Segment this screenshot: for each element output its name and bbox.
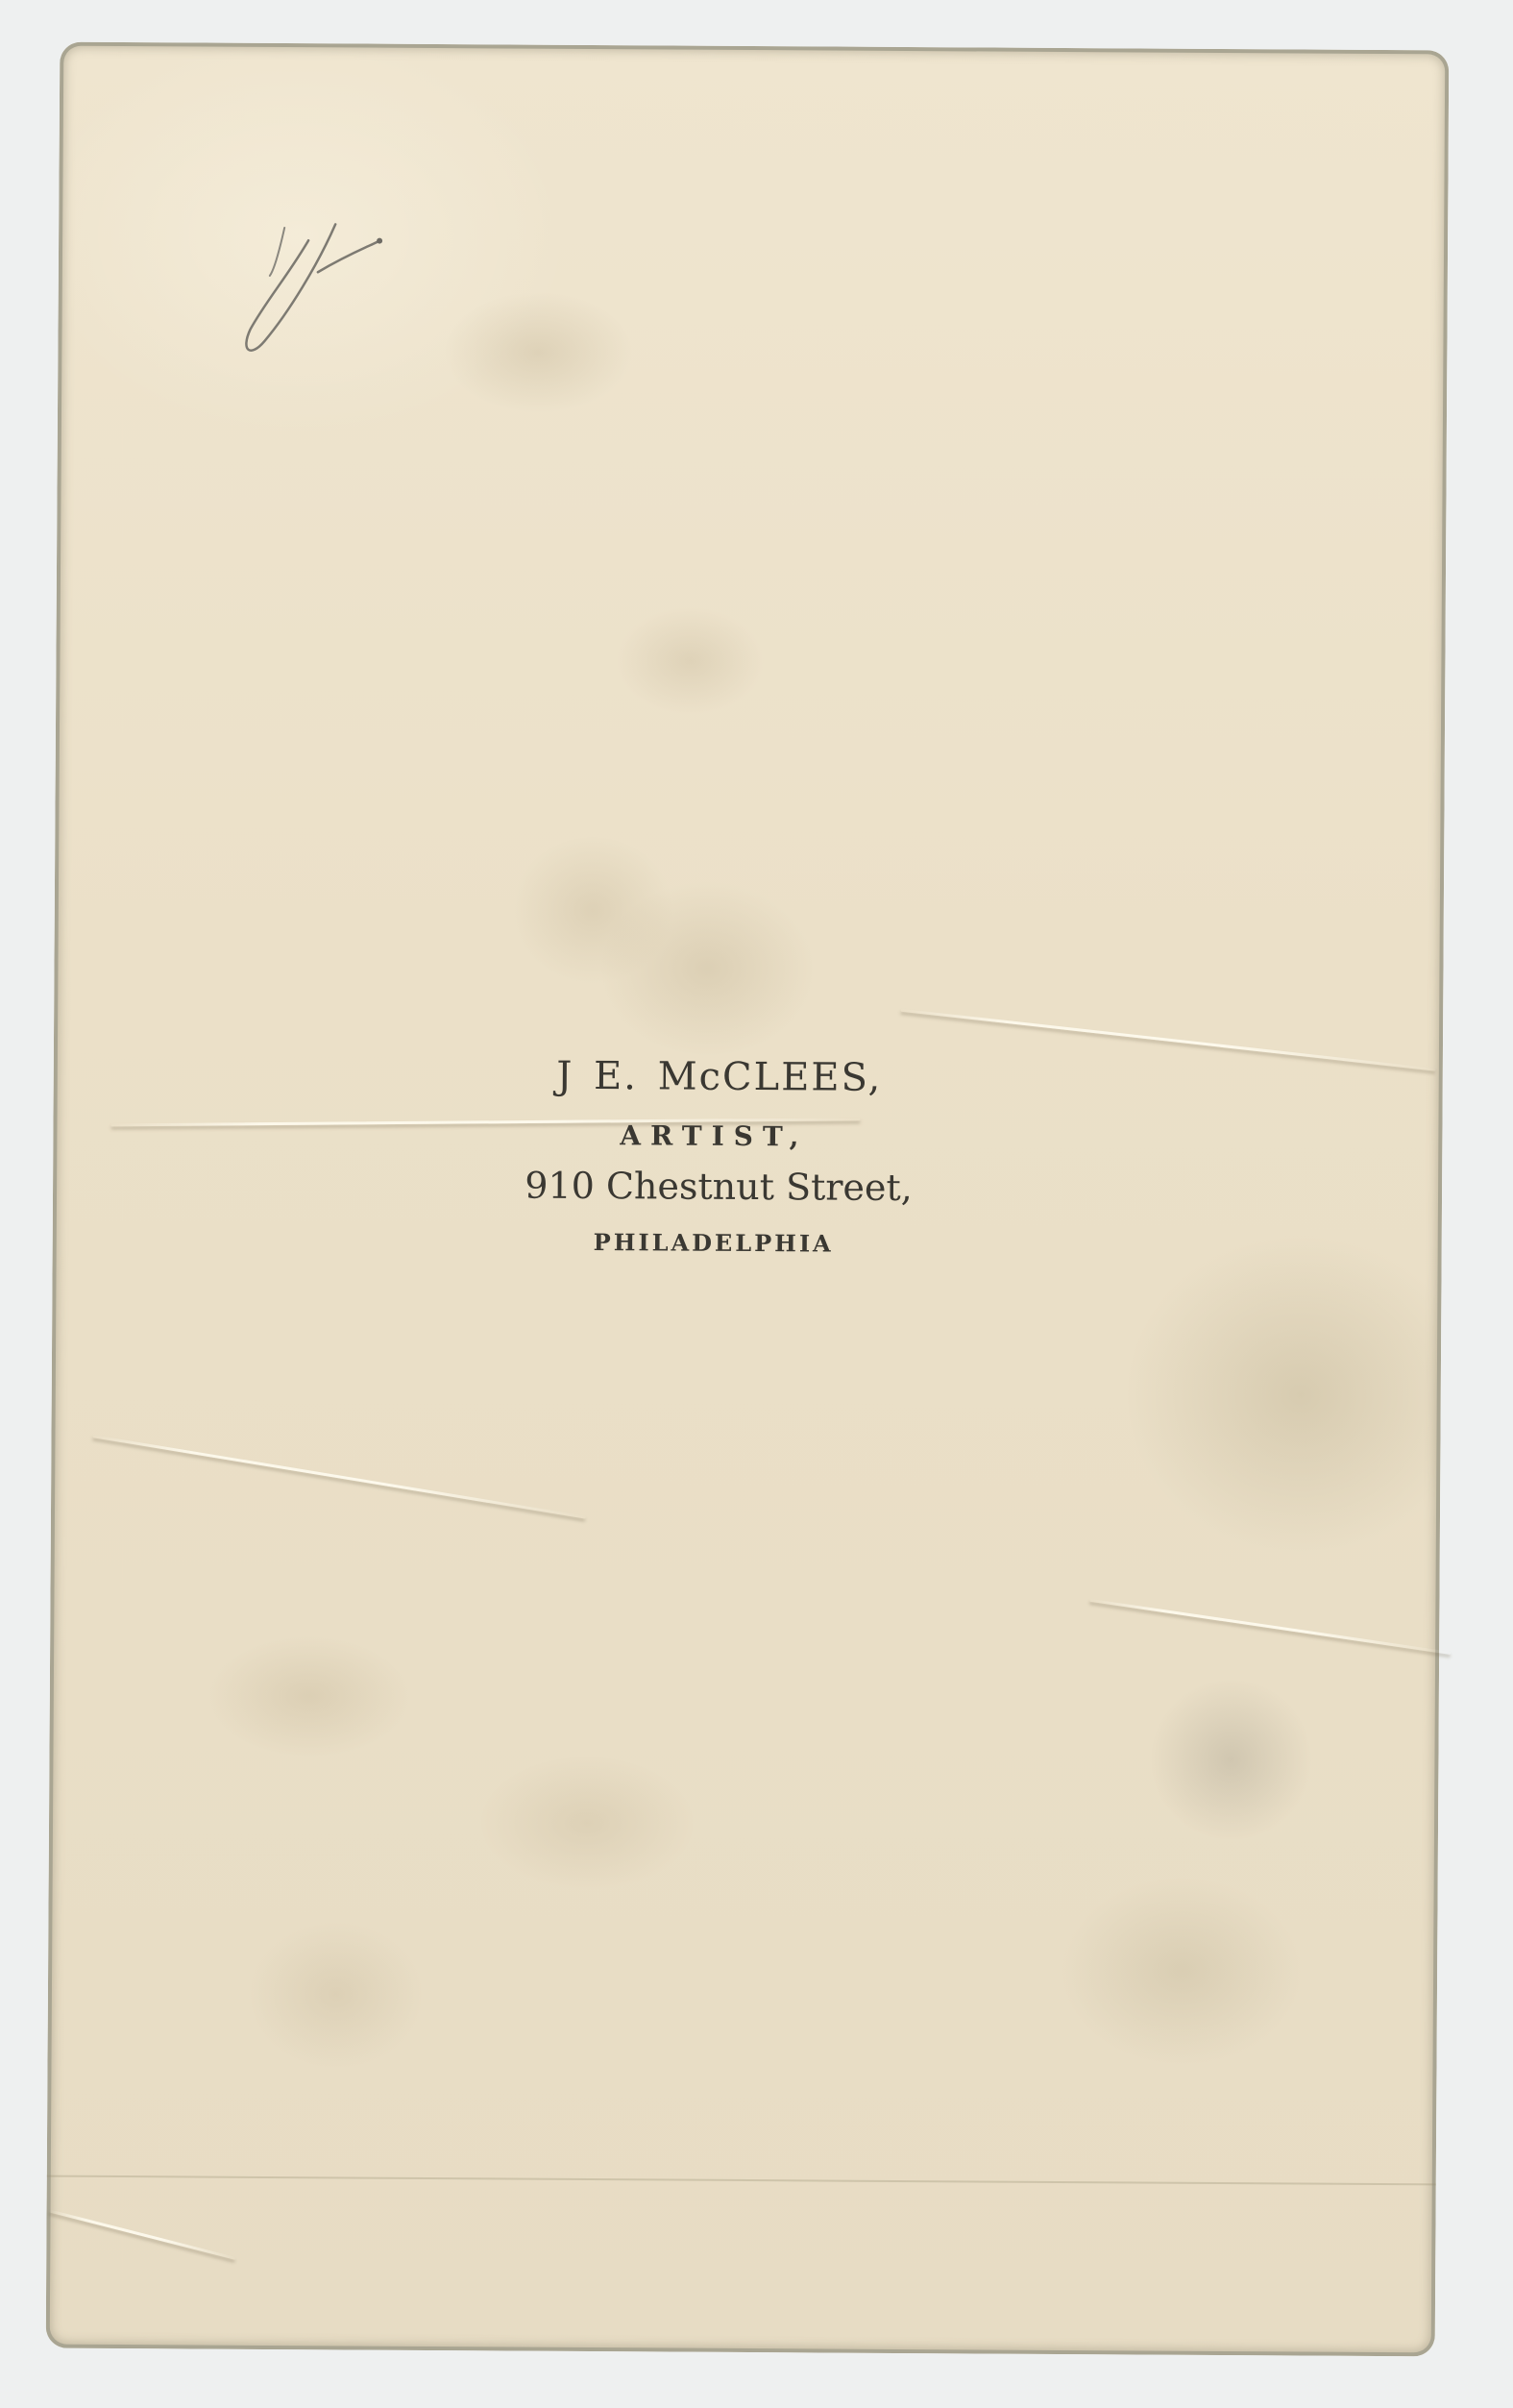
- photographer-title: ARTIST,: [0, 1116, 1442, 1156]
- photographer-imprint: J E. McCLEES, ARTIST, 910 Chestnut Stree…: [53, 1051, 1443, 1262]
- paper-crease: [49, 2209, 236, 2259]
- photographer-name: J E. McCLEES,: [0, 1050, 1443, 1103]
- studio-city: PHILADELPHIA: [0, 1224, 1442, 1261]
- card-fold-line: [47, 2175, 1436, 2186]
- pencil-annotation-icon: [173, 158, 424, 390]
- studio-address: 910 Chestnut Street,: [0, 1161, 1442, 1212]
- paper-crease: [92, 1435, 586, 1518]
- photo-card-back: J E. McCLEES, ARTIST, 910 Chestnut Stree…: [46, 42, 1450, 2357]
- paper-crease: [1089, 1599, 1451, 1655]
